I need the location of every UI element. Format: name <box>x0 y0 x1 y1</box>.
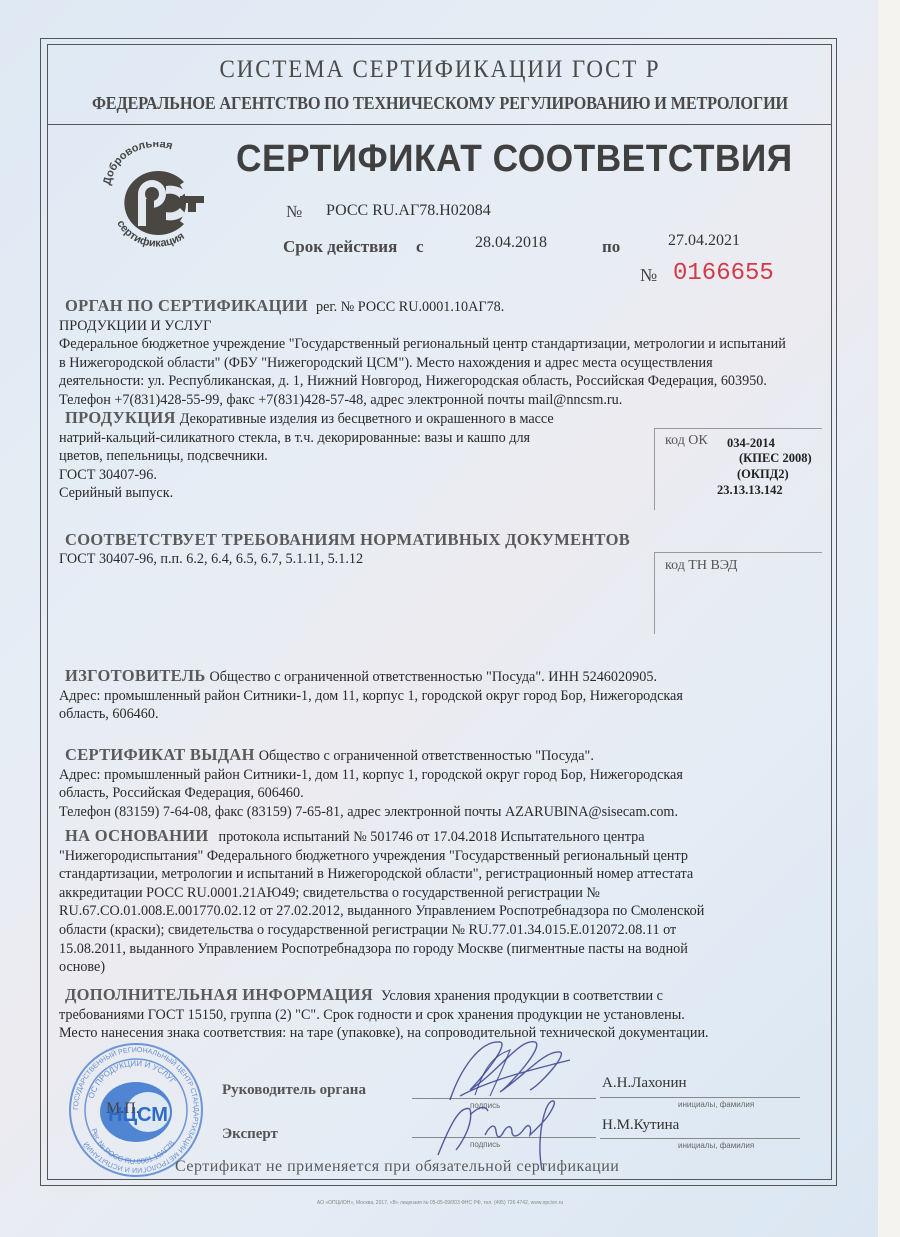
issued-to-line: Телефон (83159) 7-64-08, факс (83159) 7-… <box>59 803 819 822</box>
from-label: с <box>416 237 424 257</box>
basis-first-line: протокола испытаний № 501746 от 17.04.20… <box>218 829 644 845</box>
certification-body-heading-line2: ПРОДУКЦИИ И УСЛУГ <box>59 317 819 336</box>
expert-name-caption: инициалы, фамилия <box>678 1141 754 1150</box>
printer-info: АО «ОПЦИОН», Москва, 2017, «В» лицензия … <box>0 1200 880 1206</box>
agency-title: ФЕДЕРАЛЬНОЕ АГЕНТСТВО ПО ТЕХНИЧЕСКОМУ РЕ… <box>31 93 849 114</box>
product-line: Серийный выпуск. <box>59 484 639 503</box>
certification-body-section: ОРГАН ПО СЕРТИФИКАЦИИ рег. № РОСС RU.000… <box>59 296 819 410</box>
issued-to-line: Адрес: промышленный район Ситники-1, дом… <box>59 766 819 785</box>
certification-body-line: деятельности: ул. Республиканская, д. 1,… <box>59 372 819 391</box>
system-title: СИСТЕМА СЕРТИФИКАЦИИ ГОСТ Р <box>35 56 845 84</box>
product-line: натрий-кальций-силикатного стекла, в т.ч… <box>59 429 639 448</box>
additional-info-first-line: Условия хранения продукции в соответстви… <box>381 988 663 1004</box>
ok-code-line: (КПЕС 2008) <box>739 450 812 466</box>
header-divider <box>47 124 832 125</box>
expert-name: Н.М.Кутина <box>602 1117 679 1134</box>
not-applied-notice: Сертификат не применяется при обязательн… <box>175 1158 619 1176</box>
additional-info-section: ДОПОЛНИТЕЛЬНАЯ ИНФОРМАЦИЯ Условия хранен… <box>59 985 819 1043</box>
certification-body-line: Телефон +7(831)428-55-99, факс +7(831)42… <box>59 391 819 410</box>
manufacturer-section: ИЗГОТОВИТЕЛЬ Общество с ограниченной отв… <box>59 666 819 724</box>
valid-to-date: 27.04.2021 <box>668 232 740 250</box>
manufacturer-line: Адрес: промышленный район Ситники-1, дом… <box>59 687 819 706</box>
ok-code-line: 23.13.13.142 <box>717 482 783 498</box>
basis-line: основе) <box>59 958 819 977</box>
certification-body-heading: ОРГАН ПО СЕРТИФИКАЦИИ <box>65 296 308 315</box>
product-heading: ПРОДУКЦИЯ <box>65 408 176 427</box>
basis-line: RU.67.CO.01.008.E.001770.02.12 от 27.02.… <box>59 902 819 921</box>
serial-label: № <box>640 265 657 286</box>
additional-info-heading: ДОПОЛНИТЕЛЬНАЯ ИНФОРМАЦИЯ <box>65 985 373 1004</box>
valid-from-date: 28.04.2018 <box>475 234 547 252</box>
stamp-label: М.П. <box>106 1100 140 1118</box>
manufacturer-line: область, 606460. <box>59 705 819 724</box>
number-label: № <box>286 202 302 222</box>
certification-body-line: Федеральное бюджетное учреждение "Госуда… <box>59 335 819 354</box>
product-line: ГОСТ 30407-96. <box>59 466 639 485</box>
rst-voluntary-certification-logo-icon: Добровольная сертификация <box>96 142 216 257</box>
head-of-body-label: Руководитель органа <box>222 1082 366 1099</box>
tnved-code-label: код ТН ВЭД <box>665 558 737 574</box>
basis-line: "Нижегородиспытания" Федерального бюджет… <box>59 847 819 866</box>
certification-body-reg-number: рег. № РОСС RU.0001.10АГ78. <box>316 299 504 315</box>
ok-code-box: код ОК 034-2014 (КПЕС 2008) (ОКПД2) 23.1… <box>654 428 822 510</box>
to-label: по <box>602 237 620 257</box>
issued-to-first-line: Общество с ограниченной ответственностью… <box>259 748 594 764</box>
manufacturer-heading: ИЗГОТОВИТЕЛЬ <box>65 666 206 685</box>
basis-line: аккредитации РОСС RU.0001.21АЮ49; свидет… <box>59 884 819 903</box>
product-line: цветов, пепельницы, подсвечники. <box>59 447 639 466</box>
head-name-line <box>600 1097 800 1098</box>
additional-info-line: требованиями ГОСТ 15150, группа (2) "С".… <box>59 1006 819 1025</box>
ok-code-line: 034-2014 <box>727 435 775 451</box>
ok-code-line: (ОКПД2) <box>737 466 789 482</box>
expert-name-line <box>600 1138 800 1139</box>
product-first-line: Декоративные изделия из бесцветного и ок… <box>180 411 554 427</box>
issued-to-section: СЕРТИФИКАТ ВЫДАН Общество с ограниченной… <box>59 745 819 821</box>
tnved-code-box: код ТН ВЭД <box>654 552 822 634</box>
issued-to-heading: СЕРТИФИКАТ ВЫДАН <box>65 745 255 764</box>
head-name-caption: инициалы, фамилия <box>678 1100 754 1109</box>
serial-number: 0166655 <box>673 260 774 287</box>
manufacturer-first-line: Общество с ограниченной ответственностью… <box>210 669 657 685</box>
product-section: ПРОДУКЦИЯ Декоративные изделия из бесцве… <box>59 408 639 503</box>
certificate-number: РОСС RU.АГ78.Н02084 <box>326 202 491 220</box>
ok-code-label: код ОК <box>665 433 708 449</box>
basis-section: НА ОСНОВАНИИ протокола испытаний № 50174… <box>59 826 819 977</box>
certification-body-line: в Нижегородской области" (ФБУ "Нижегород… <box>59 354 819 373</box>
compliance-heading: СООТВЕТСТВУЕТ ТРЕБОВАНИЯМ НОРМАТИВНЫХ ДО… <box>59 530 819 550</box>
paper-edge <box>878 0 900 1237</box>
issued-to-line: область, Российская Федерация, 606460. <box>59 784 819 803</box>
basis-heading: НА ОСНОВАНИИ <box>65 826 208 845</box>
basis-line: 15.08.2011, выданного Управлением Роспот… <box>59 940 819 959</box>
expert-label: Эксперт <box>222 1126 278 1143</box>
head-name: А.Н.Лахонин <box>602 1075 687 1092</box>
certificate-title: СЕРТИФИКАТ СООТВЕТСТВИЯ <box>236 138 793 181</box>
basis-line: стандартизации, метрологии и испытаний в… <box>59 865 819 884</box>
validity-label: Срок действия <box>283 237 397 257</box>
basis-line: области (краски); свидетельства о госуда… <box>59 921 819 940</box>
